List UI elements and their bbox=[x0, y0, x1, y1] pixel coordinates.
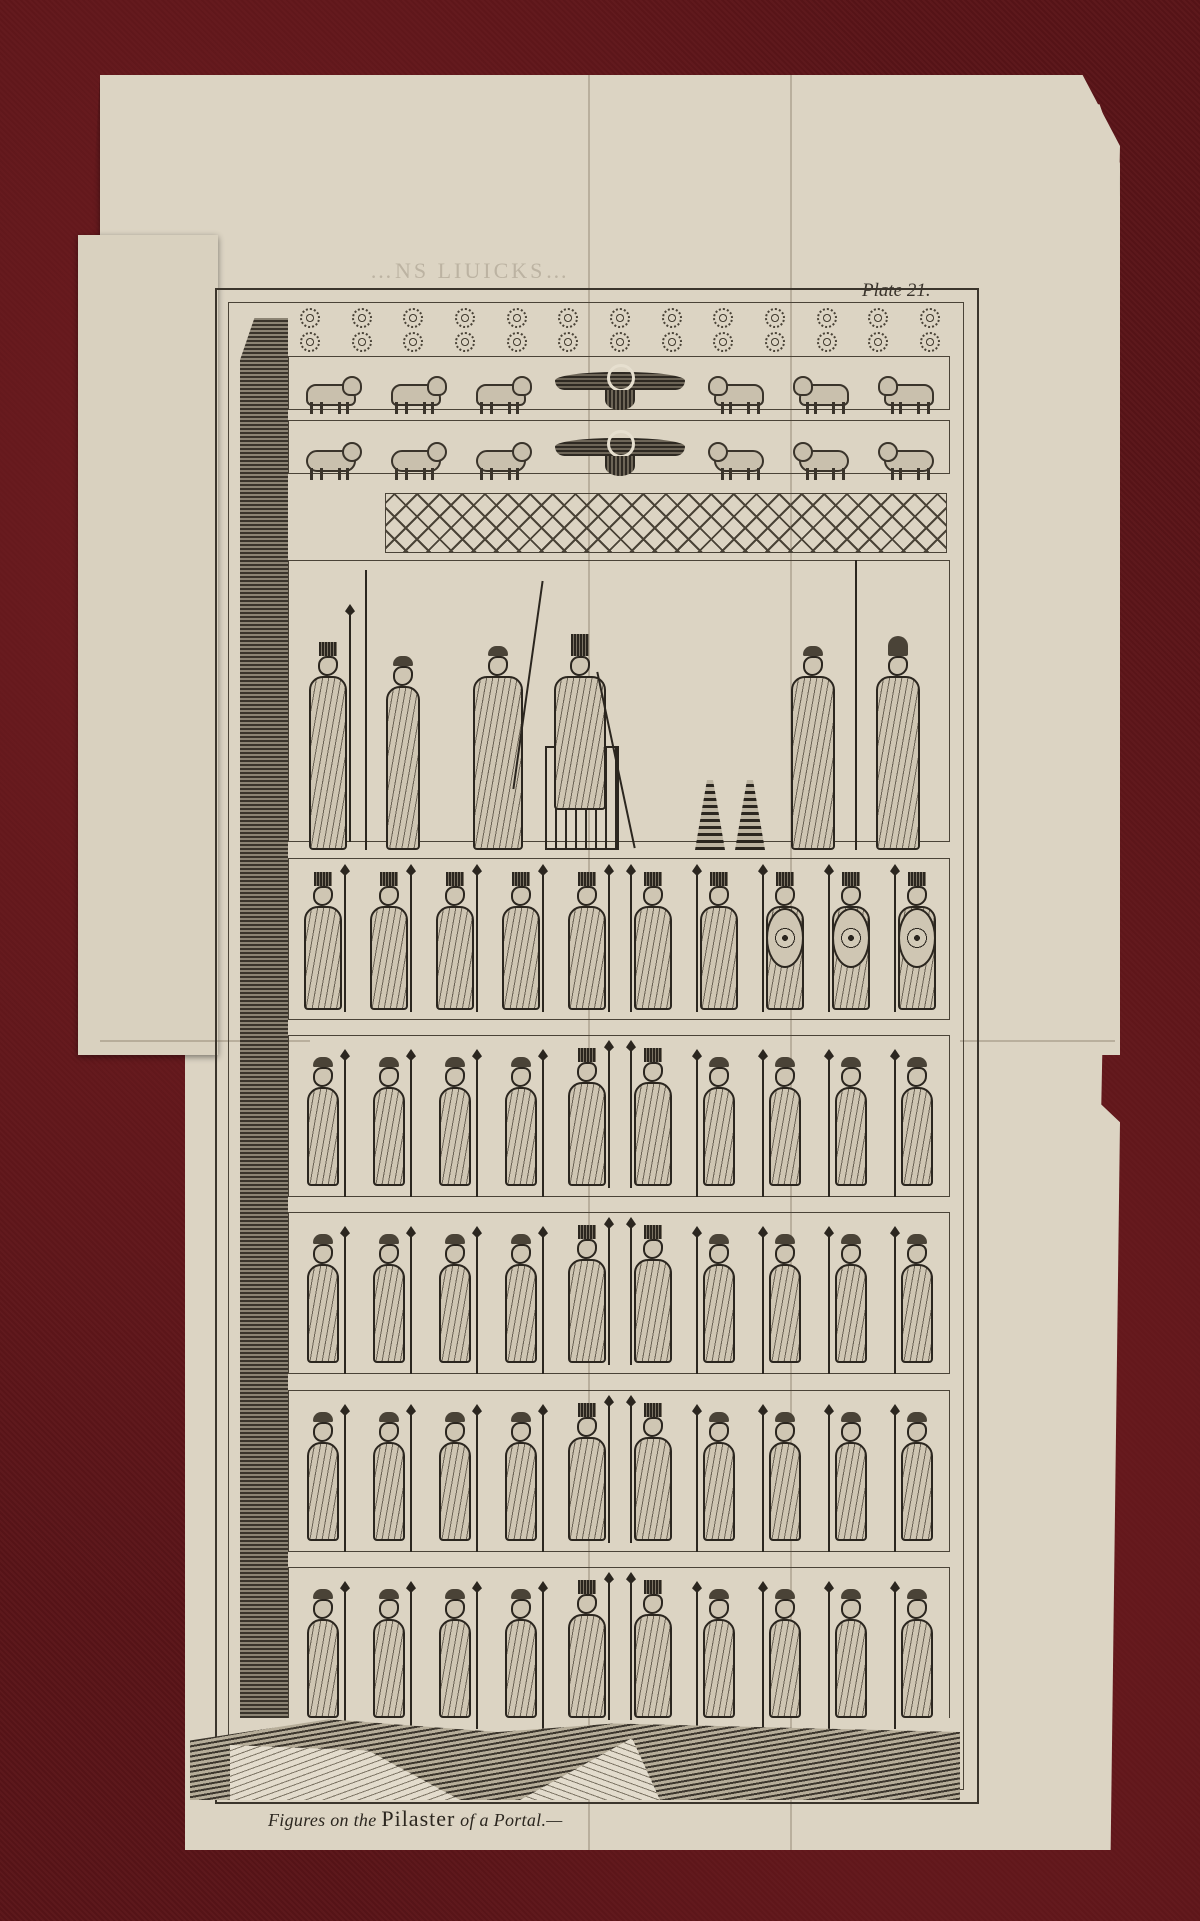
lion-band bbox=[300, 428, 940, 480]
shield-guard-figure bbox=[762, 872, 808, 1010]
incense-burner bbox=[735, 780, 765, 850]
rosette-icon bbox=[610, 332, 630, 352]
soldier-figure bbox=[828, 1589, 874, 1718]
attendant-figure bbox=[305, 642, 351, 850]
rosette-icon bbox=[300, 308, 320, 328]
officer-figure bbox=[564, 1048, 610, 1186]
rosette-icon bbox=[300, 332, 320, 352]
bull-icon bbox=[876, 374, 940, 414]
bull-icon bbox=[470, 374, 534, 414]
rosette-icon bbox=[662, 332, 682, 352]
plate-caption: Figures on the Pilaster of a Portal.— bbox=[268, 1806, 563, 1832]
rosette-icon bbox=[868, 308, 888, 328]
pillar-line bbox=[855, 560, 857, 850]
rosette-border bbox=[300, 332, 940, 352]
spear bbox=[365, 570, 367, 850]
soldier-figure bbox=[894, 1234, 940, 1363]
rosette-icon bbox=[352, 332, 372, 352]
soldier-figure bbox=[366, 1057, 412, 1186]
rosette-icon bbox=[455, 332, 475, 352]
guard-figure bbox=[564, 872, 610, 1010]
lion-icon bbox=[385, 440, 449, 480]
soldier-figure bbox=[894, 1589, 940, 1718]
officer-figure bbox=[630, 1403, 676, 1541]
soldier-figure bbox=[366, 1589, 412, 1718]
soldier-figure bbox=[498, 1057, 544, 1186]
king-figure bbox=[557, 634, 603, 810]
soldier-figure bbox=[432, 1589, 478, 1718]
soldier-figure bbox=[300, 1234, 346, 1363]
soldier-figure bbox=[696, 1589, 742, 1718]
lion-icon bbox=[706, 440, 770, 480]
soldier-figure bbox=[498, 1234, 544, 1363]
guard-figure bbox=[498, 872, 544, 1010]
soldier-figure bbox=[828, 1057, 874, 1186]
officer-figure bbox=[564, 1225, 610, 1363]
soldier-figure bbox=[894, 1412, 940, 1541]
guard-figure bbox=[432, 872, 478, 1010]
soldier-figure bbox=[300, 1057, 346, 1186]
soldier-figure bbox=[762, 1234, 808, 1363]
procession-row-5 bbox=[300, 1580, 940, 1718]
soldier-figure bbox=[366, 1412, 412, 1541]
guard-figure bbox=[630, 872, 676, 1010]
faint-bleedthrough-heading: …NS LIUICKS… bbox=[370, 258, 570, 284]
rosette-icon bbox=[403, 308, 423, 328]
rosette-icon bbox=[817, 308, 837, 328]
rosette-icon bbox=[765, 308, 785, 328]
lion-icon bbox=[300, 440, 364, 480]
rosette-icon bbox=[713, 308, 733, 328]
soldier-figure bbox=[762, 1412, 808, 1541]
lion-icon bbox=[791, 440, 855, 480]
audience-scene bbox=[295, 565, 945, 850]
officer-figure bbox=[630, 1225, 676, 1363]
soldier-figure bbox=[696, 1057, 742, 1186]
official-figure bbox=[790, 646, 836, 850]
attendant-figure bbox=[380, 656, 426, 850]
soldier-figure bbox=[762, 1057, 808, 1186]
pilaster-side-shading bbox=[240, 318, 288, 1718]
procession-row-1 bbox=[300, 872, 940, 1010]
soldier-figure bbox=[894, 1057, 940, 1186]
rosette-icon bbox=[507, 332, 527, 352]
soldier-figure bbox=[762, 1589, 808, 1718]
soldier-figure bbox=[432, 1234, 478, 1363]
caption-italic-1: Figures on the bbox=[268, 1810, 377, 1830]
rosette-icon bbox=[817, 332, 837, 352]
caption-roman: Pilaster bbox=[381, 1806, 455, 1831]
rosette-icon bbox=[455, 308, 475, 328]
caption-italic-2: of a Portal.— bbox=[460, 1810, 562, 1830]
winged-disc-icon bbox=[555, 428, 685, 480]
lattice-canopy bbox=[385, 493, 947, 553]
shield-guard-figure bbox=[828, 872, 874, 1010]
guard-figure bbox=[300, 872, 346, 1010]
soldier-figure bbox=[828, 1234, 874, 1363]
rosette-icon bbox=[713, 332, 733, 352]
soldier-figure bbox=[432, 1412, 478, 1541]
rosette-icon bbox=[352, 308, 372, 328]
guard-figure bbox=[366, 872, 412, 1010]
officer-figure bbox=[564, 1580, 610, 1718]
rosette-icon bbox=[868, 332, 888, 352]
soldier-figure bbox=[498, 1412, 544, 1541]
guard-figure bbox=[696, 872, 742, 1010]
attendant-figure bbox=[875, 636, 921, 850]
soldier-figure bbox=[300, 1589, 346, 1718]
bull-icon bbox=[385, 374, 449, 414]
soldier-figure bbox=[696, 1234, 742, 1363]
rosette-icon bbox=[558, 308, 578, 328]
rosette-icon bbox=[558, 332, 578, 352]
rosette-icon bbox=[610, 308, 630, 328]
winged-disc-icon bbox=[555, 362, 685, 414]
bull-icon bbox=[706, 374, 770, 414]
rosette-icon bbox=[765, 332, 785, 352]
parasol-bearer-figure bbox=[475, 646, 521, 850]
procession-row-3 bbox=[300, 1225, 940, 1363]
bull-icon bbox=[300, 374, 364, 414]
bull-icon bbox=[791, 374, 855, 414]
soldier-figure bbox=[366, 1234, 412, 1363]
fold-line bbox=[960, 1040, 1115, 1042]
officer-figure bbox=[630, 1580, 676, 1718]
soldier-figure bbox=[828, 1412, 874, 1541]
bull-band bbox=[300, 362, 940, 414]
soldier-figure bbox=[432, 1057, 478, 1186]
incense-burner bbox=[695, 780, 725, 850]
soldier-figure bbox=[696, 1412, 742, 1541]
officer-figure bbox=[630, 1048, 676, 1186]
soldier-figure bbox=[498, 1589, 544, 1718]
rosette-icon bbox=[662, 308, 682, 328]
procession-row-2 bbox=[300, 1048, 940, 1186]
rosette-icon bbox=[920, 308, 940, 328]
rosette-border bbox=[300, 308, 940, 328]
officer-figure bbox=[564, 1403, 610, 1541]
rosette-icon bbox=[920, 332, 940, 352]
soldier-figure bbox=[300, 1412, 346, 1541]
procession-row-4 bbox=[300, 1403, 940, 1541]
lion-icon bbox=[876, 440, 940, 480]
shield-guard-figure bbox=[894, 872, 940, 1010]
rosette-icon bbox=[507, 308, 527, 328]
lion-icon bbox=[470, 440, 534, 480]
rosette-icon bbox=[403, 332, 423, 352]
paper-sheet-left-flap bbox=[78, 235, 218, 1055]
